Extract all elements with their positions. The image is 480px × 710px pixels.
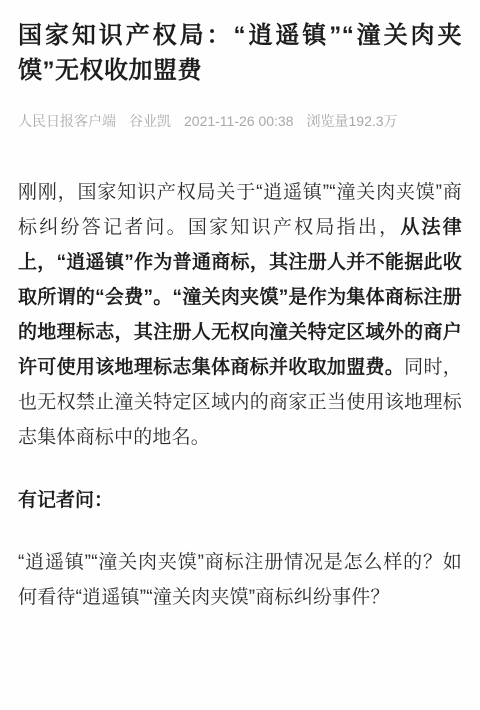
article-page: 国家知识产权局：“逍遥镇”“潼关肉夹馍”无权收加盟费 人民日报客户端 谷业凯 2… xyxy=(0,0,480,710)
publish-datetime: 2021-11-26 00:38 xyxy=(184,114,294,129)
answer-paragraph: 刚刚，国家知识产权局关于“逍遥镇”“潼关肉夹馍”商标纠纷答记者问。国家知识产权局… xyxy=(18,175,462,455)
article-body: 刚刚，国家知识产权局关于“逍遥镇”“潼关肉夹馍”商标纠纷答记者问。国家知识产权局… xyxy=(18,175,462,615)
article-meta: 人民日报客户端 谷业凯 2021-11-26 00:38 浏览量192.3万 xyxy=(18,114,462,129)
paragraph-bold-statement: 从法律上，“逍遥镇”作为普通商标，其注册人并不能据此收取所谓的“会费”。“潼关肉… xyxy=(18,217,462,378)
section-subheading: 有记者问： xyxy=(18,487,462,515)
author-name: 谷业凯 xyxy=(129,114,171,129)
question-paragraph: “逍遥镇”“潼关肉夹馍”商标注册情况是怎么样的？如何看待“逍遥镇”“潼关肉夹馍”… xyxy=(18,545,462,615)
source-name: 人民日报客户端 xyxy=(18,114,116,129)
article-header: 国家知识产权局：“逍遥镇”“潼关肉夹馍”无权收加盟费 人民日报客户端 谷业凯 2… xyxy=(18,18,462,129)
paragraph-text: 刚刚，国家知识产权局关于“逍遥镇”“潼关肉夹馍”商标纠纷答记者问。国家知识产权局… xyxy=(18,182,462,238)
view-count: 浏览量192.3万 xyxy=(307,114,398,129)
article-title: 国家知识产权局：“逍遥镇”“潼关肉夹馍”无权收加盟费 xyxy=(18,18,462,88)
